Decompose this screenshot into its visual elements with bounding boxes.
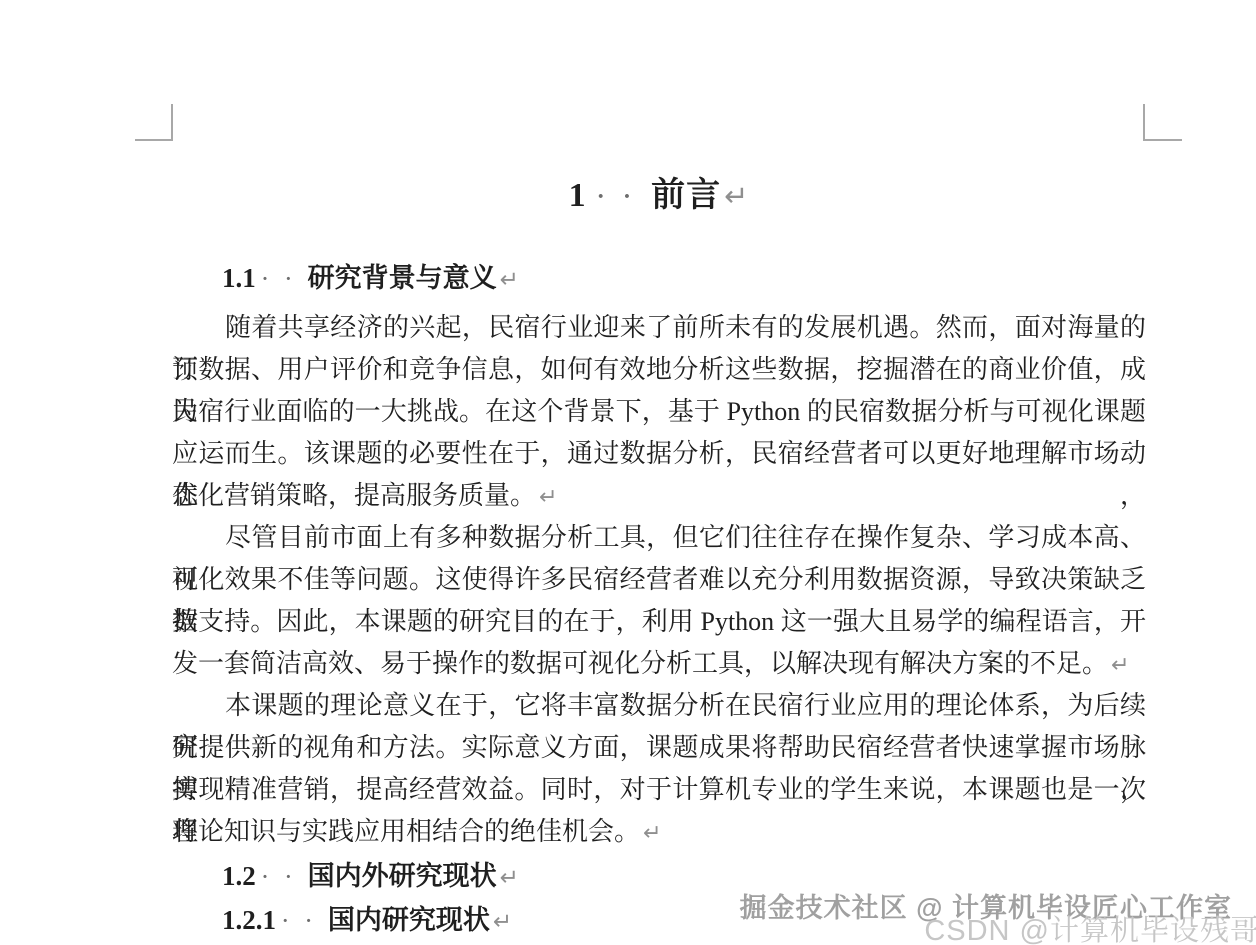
paragraph-mark-icon: ↵ [490, 909, 512, 935]
body-line: 实现精准营销，提高经营效益。同时，对于计算机专业的学生来说，本课题也是一次将 [172, 769, 1146, 811]
body-line: 究提供新的视角和方法。实际意义方面，课题成果将帮助民宿经营者快速掌握市场脉搏， [172, 727, 1146, 769]
paragraph-mark-icon: ↵ [1108, 652, 1130, 678]
body-line-text: 民宿行业面临的一大挑战。在这个背景下，基于 Python 的民宿数据分析与可视化… [172, 397, 1146, 426]
body-line-text: 据支持。因此，本课题的研究目的在于，利用 Python 这一强大且易学的编程语言… [172, 607, 1146, 636]
crop-mark-top-left-horizontal [135, 139, 173, 141]
body-line-text: 理论知识与实践应用相结合的绝佳机会。 [172, 817, 640, 846]
body-line: 订数据、用户评价和竞争信息，如何有效地分析这些数据，挖掘潜在的商业价值，成为 [172, 349, 1146, 391]
body-line: 民宿行业面临的一大挑战。在这个背景下，基于 Python 的民宿数据分析与可视化… [172, 391, 1146, 433]
section-title-text: 国内外研究现状 [308, 861, 497, 891]
section-heading-1-2-1: 1.2.1· ·国内研究现状↵ [222, 900, 512, 942]
body-line: 发一套简洁高效、易于操作的数据可视化分析工具，以解决现有解决方案的不足。↵ [172, 643, 1146, 685]
space-marks: · · [256, 269, 308, 290]
body-line: 本课题的理论意义在于，它将丰富数据分析在民宿行业应用的理论体系，为后续研 [172, 685, 1146, 727]
section-title-text: 国内研究现状 [328, 905, 490, 935]
crop-mark-top-left-vertical [171, 104, 173, 141]
space-marks: · · [256, 867, 308, 888]
chapter-number: 1 [569, 177, 587, 214]
paragraph-mark-icon: ↵ [536, 484, 558, 510]
chapter-title-text: 前言 [651, 177, 721, 214]
body-line: 随着共享经济的兴起，民宿行业迎来了前所未有的发展机遇。然而，面对海量的预 [172, 307, 1146, 349]
body-line: 理论知识与实践应用相结合的绝佳机会。↵ [172, 811, 1146, 853]
crop-mark-top-right-horizontal [1144, 139, 1182, 141]
body-line: 据支持。因此，本课题的研究目的在于，利用 Python 这一强大且易学的编程语言… [172, 601, 1146, 643]
watermark-csdn: CSDN @计算机毕设残哥 [924, 908, 1256, 945]
body-line: 尽管目前市面上有多种数据分析工具，但它们往往存在操作复杂、学习成本高、可 [172, 517, 1146, 559]
body-text: 随着共享经济的兴起，民宿行业迎来了前所未有的发展机遇。然而，面对海量的预 订数据… [172, 307, 1146, 853]
paragraph-mark-icon: ↵ [640, 820, 662, 846]
chapter-title: 1· ·前言↵ [172, 172, 1146, 221]
section-heading-1-1: 1.1· ·研究背景与意义↵ [222, 258, 519, 300]
paragraph-mark-icon: ↵ [721, 179, 749, 213]
body-line-text: 优化营销策略，提高服务质量。 [172, 481, 536, 510]
body-line: 视化效果不佳等问题。这使得许多民宿经营者难以充分利用数据资源，导致决策缺乏数 [172, 559, 1146, 601]
body-line-text: 发一套简洁高效、易于操作的数据可视化分析工具，以解决现有解决方案的不足。 [172, 649, 1108, 678]
section-title-text: 研究背景与意义 [308, 263, 497, 293]
section-number: 1.2.1 [222, 905, 276, 935]
paragraph-mark-icon: ↵ [497, 267, 519, 293]
section-heading-1-2: 1.2· ·国内外研究现状↵ [222, 856, 519, 898]
section-number: 1.1 [222, 263, 256, 293]
section-number: 1.2 [222, 861, 256, 891]
crop-mark-top-right-vertical [1143, 104, 1145, 141]
body-line: 应运而生。该课题的必要性在于，通过数据分析，民宿经营者可以更好地理解市场动态， [172, 433, 1146, 475]
paragraph-mark-icon: ↵ [497, 865, 519, 891]
space-marks: · · [276, 911, 328, 932]
space-marks: · · [587, 183, 651, 210]
document-page: 1· ·前言↵ 1.1· ·研究背景与意义↵ 随着共享经济的兴起，民宿行业迎来了… [0, 0, 1256, 945]
